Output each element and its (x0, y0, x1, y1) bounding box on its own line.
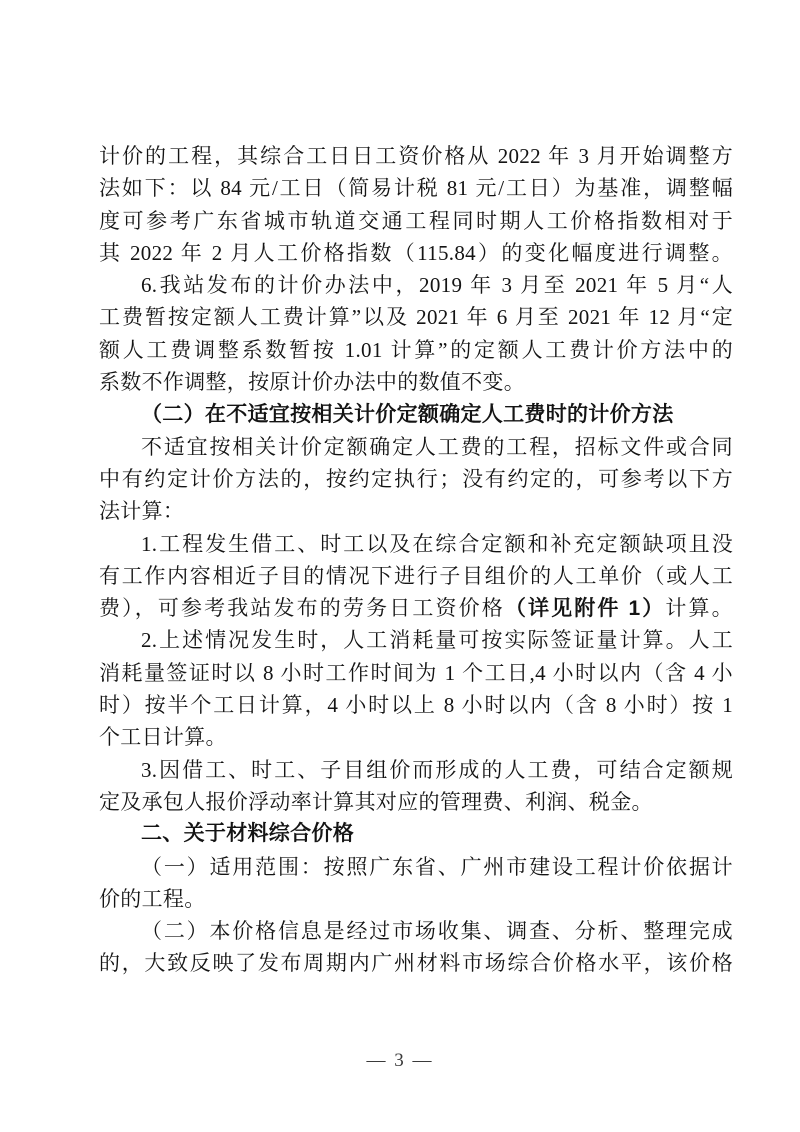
text-run: 工费暂按定额人工费计算”以及 2021 年 6 月至 2021 年 12 月“定 (99, 305, 733, 329)
page-number: — 3 — (367, 1050, 434, 1071)
text-line: 3.因借工、时工、子目组价而形成的人工费，可结合定额规 (99, 754, 733, 786)
text-run: 消耗量签证时以 8 小时工作时间为 1 个工日,4 小时以内（含 4 小 (99, 661, 733, 685)
text-line: 计价的工程，其综合工日日工资价格从 2022 年 3 月开始调整方 (99, 140, 733, 172)
emphasis-text: （详见附件 1） (505, 597, 666, 620)
text-run: （一）适用范围：按照广东省、广州市建设工程计价依据计 (141, 855, 733, 879)
text-line: 时）按半个工日计算，4 小时以上 8 小时以内（含 8 小时）按 1 (99, 689, 733, 721)
text-run: 定及承包人报价浮动率计算其对应的管理费、利润、税金。 (99, 790, 653, 814)
text-run: 6.我站发布的计价办法中，2019 年 3 月至 2021 年 5 月“人 (141, 273, 733, 297)
text-run: 法如下：以 84 元/工日（简易计税 81 元/工日）为基准，调整幅 (99, 176, 733, 200)
text-run: 二、关于材料综合价格 (141, 822, 354, 845)
text-run: 2.上述情况发生时，人工消耗量可按实际签证量计算。人工 (141, 628, 733, 652)
text-line: 其 2022 年 2 月人工价格指数（115.84）的变化幅度进行调整。 (99, 237, 733, 269)
text-run: （二）本价格信息是经过市场收集、调查、分析、整理完成 (141, 919, 733, 943)
text-line: 2.上述情况发生时，人工消耗量可按实际签证量计算。人工 (99, 624, 733, 656)
text-run: 度可参考广东省城市轨道交通工程同时期人工价格指数相对于 (99, 209, 733, 233)
document-body: 计价的工程，其综合工日日工资价格从 2022 年 3 月开始调整方法如下：以 8… (99, 140, 733, 980)
document-page: 计价的工程，其综合工日日工资价格从 2022 年 3 月开始调整方法如下：以 8… (0, 0, 800, 1132)
text-line: 费），可参考我站发布的劳务日工资价格（详见附件 1）计算。 (99, 592, 733, 624)
text-line: （一）适用范围：按照广东省、广州市建设工程计价依据计 (99, 851, 733, 883)
text-run: 中有约定计价方法的，按约定执行；没有约定的，可参考以下方 (99, 467, 733, 491)
text-run: 系数不作调整，按原计价办法中的数值不变。 (99, 370, 525, 394)
text-line: 不适宜按相关计价定额确定人工费的工程，招标文件或合同 (99, 431, 733, 463)
section-heading: 二、关于材料综合价格 (99, 818, 733, 850)
text-run: 价的工程。 (99, 887, 206, 911)
text-run: 1.工程发生借工、时工以及在综合定额和补充定额缺项且没 (141, 532, 733, 556)
section-heading: （二）在不适宜按相关计价定额确定人工费时的计价方法 (99, 398, 733, 430)
text-line: 1.工程发生借工、时工以及在综合定额和补充定额缺项且没 (99, 528, 733, 560)
text-line: 度可参考广东省城市轨道交通工程同时期人工价格指数相对于 (99, 205, 733, 237)
text-run: 3.因借工、时工、子目组价而形成的人工费，可结合定额规 (141, 758, 733, 782)
page-footer: — 3 — (0, 1050, 800, 1072)
text-run: 有工作内容相近子目的情况下进行子目组价的人工单价（或人工 (99, 564, 733, 588)
text-run: 费），可参考我站发布的劳务日工资价格 (99, 596, 505, 620)
text-run: 额人工费调整系数暂按 1.01 计算”的定额人工费计价方法中的 (99, 338, 733, 362)
text-line: 法计算： (99, 495, 733, 527)
text-line: 价的工程。 (99, 883, 733, 915)
text-run: 法计算： (99, 499, 184, 523)
text-run: 时）按半个工日计算，4 小时以上 8 小时以内（含 8 小时）按 1 (99, 693, 733, 717)
text-line: 工费暂按定额人工费计算”以及 2021 年 6 月至 2021 年 12 月“定 (99, 301, 733, 333)
text-line: （二）本价格信息是经过市场收集、调查、分析、整理完成 (99, 915, 733, 947)
text-run: （二）在不适宜按相关计价定额确定人工费时的计价方法 (141, 402, 674, 426)
text-run: 其 2022 年 2 月人工价格指数（115.84）的变化幅度进行调整。 (99, 241, 733, 265)
text-run: 计算。 (665, 596, 733, 620)
text-line: 6.我站发布的计价办法中，2019 年 3 月至 2021 年 5 月“人 (99, 269, 733, 301)
text-line: 法如下：以 84 元/工日（简易计税 81 元/工日）为基准，调整幅 (99, 172, 733, 204)
text-line: 中有约定计价方法的，按约定执行；没有约定的，可参考以下方 (99, 463, 733, 495)
text-run: 个工日计算。 (99, 725, 227, 749)
text-line: 有工作内容相近子目的情况下进行子目组价的人工单价（或人工 (99, 560, 733, 592)
text-line: 的，大致反映了发布周期内广州材料市场综合价格水平，该价格 (99, 947, 733, 979)
text-run: 计价的工程，其综合工日日工资价格从 2022 年 3 月开始调整方 (99, 144, 733, 168)
text-line: 定及承包人报价浮动率计算其对应的管理费、利润、税金。 (99, 786, 733, 818)
text-line: 系数不作调整，按原计价办法中的数值不变。 (99, 366, 733, 398)
text-line: 额人工费调整系数暂按 1.01 计算”的定额人工费计价方法中的 (99, 334, 733, 366)
text-line: 个工日计算。 (99, 721, 733, 753)
text-run: 不适宜按相关计价定额确定人工费的工程，招标文件或合同 (141, 435, 733, 459)
text-run: 的，大致反映了发布周期内广州材料市场综合价格水平，该价格 (99, 951, 733, 975)
text-line: 消耗量签证时以 8 小时工作时间为 1 个工日,4 小时以内（含 4 小 (99, 657, 733, 689)
